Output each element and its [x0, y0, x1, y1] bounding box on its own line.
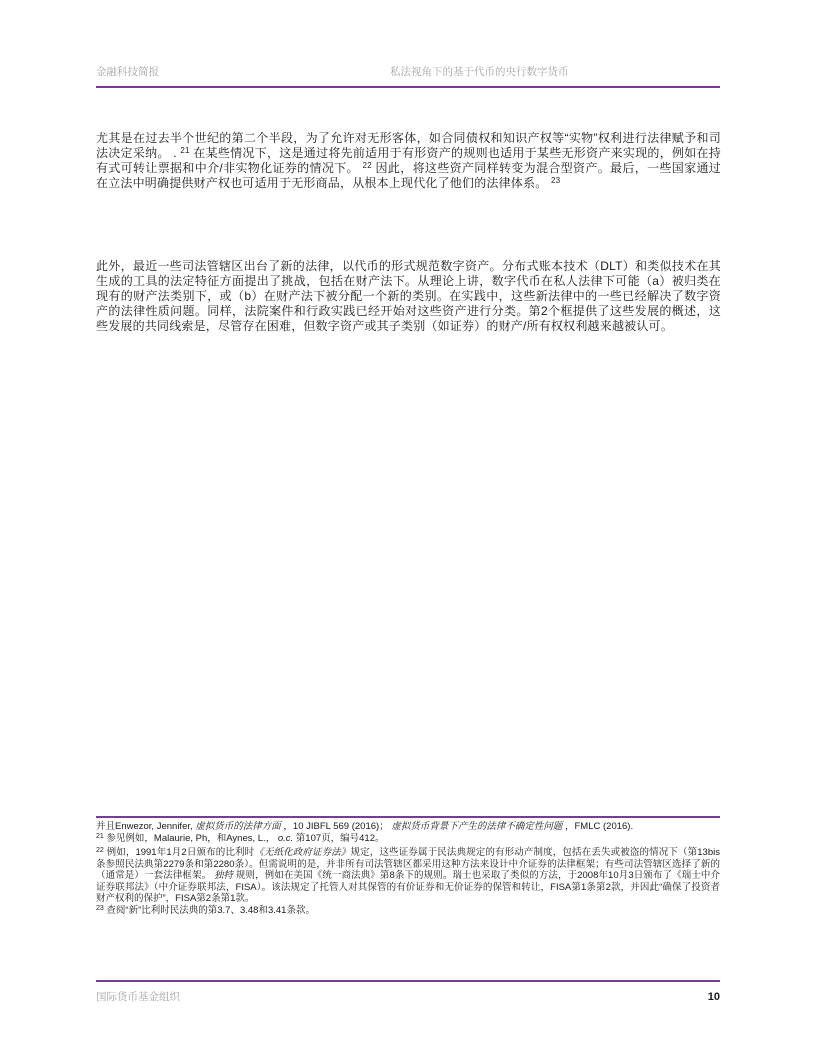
page-number: 10	[708, 991, 720, 1003]
footnote-cont-text-3: ，FMLC (2016).	[562, 821, 633, 832]
footnote-22-italic-2: 独特	[214, 870, 233, 881]
header-document-title: 私法视角下的基于代币的央行数字货币	[390, 64, 569, 79]
footnote-21-italic: o.c.	[278, 833, 293, 844]
footnote-ref-23: 23	[551, 176, 560, 185]
paragraph-2: 此外，最近一些司法管辖区出台了新的法律，以代币的形式规范数字资产。分布式账本技术…	[96, 259, 721, 334]
footnote-cont-italic-2: 虚拟货币背景下产生的法律不确定性问题	[391, 821, 562, 832]
paragraph-1: 尤其是在过去半个世纪的第二个半段，为了允许对无形客体，如合同债权和知识产权等“实…	[96, 131, 721, 191]
page-header: 金融科技简报 私法视角下的基于代币的央行数字货币	[96, 63, 720, 88]
footnote-22-number: 22	[96, 847, 104, 854]
footnote-23-text: 查阅“新”比利时民法典的第3.7、3.48和3.41条款。	[104, 905, 315, 916]
body-content: 尤其是在过去半个世纪的第二个半段，为了允许对无形客体，如合同债权和知识产权等“实…	[96, 131, 721, 334]
document-page: 金融科技简报 私法视角下的基于代币的央行数字货币 尤其是在过去半个世纪的第二个半…	[0, 0, 816, 1056]
footnote-23-number: 23	[96, 905, 104, 912]
footnote-22-italic-1: 《无纸化政府证券法》	[254, 847, 350, 858]
footnote-22: 22 例如，1991年1月2日颁布的比利时《无纸化政府证券法》规定，这些证券属于…	[96, 847, 720, 905]
footnote-21: 21 参见例如，Malaurie, Ph，和Aynes, L.， o.c. 第1…	[96, 833, 720, 845]
footer-organization: 国际货币基金组织	[96, 989, 180, 1004]
footnote-ref-21: 21	[180, 146, 189, 155]
footnote-cont-text-2: ，10 JIBFL 569 (2016)；	[281, 821, 392, 832]
footnote-21-text-2: 第107页，编号412。	[293, 833, 384, 844]
footnotes-section: 并且Enwezor, Jennifer, 虚拟货币的法律方面 ，10 JIBFL…	[96, 816, 720, 916]
footnote-22-text-1: 例如，1991年1月2日颁布的比利时	[104, 847, 254, 858]
footnote-21-number: 21	[96, 833, 104, 840]
footnote-cont-text-1: 并且Enwezor, Jennifer,	[96, 821, 195, 832]
footnote-cont-italic-1: 虚拟货币的法律方面	[195, 821, 281, 832]
footnote-23: 23 查阅“新”比利时民法典的第3.7、3.48和3.41条款。	[96, 905, 720, 917]
footnote-ref-22: 22	[363, 161, 372, 170]
page-footer: 国际货币基金组织 10	[96, 980, 720, 1004]
footnote-continuation: 并且Enwezor, Jennifer, 虚拟货币的法律方面 ，10 JIBFL…	[96, 821, 720, 833]
header-series-title: 金融科技简报	[96, 64, 159, 79]
footnote-21-text-1: 参见例如，Malaurie, Ph，和Aynes, L.，	[104, 833, 278, 844]
